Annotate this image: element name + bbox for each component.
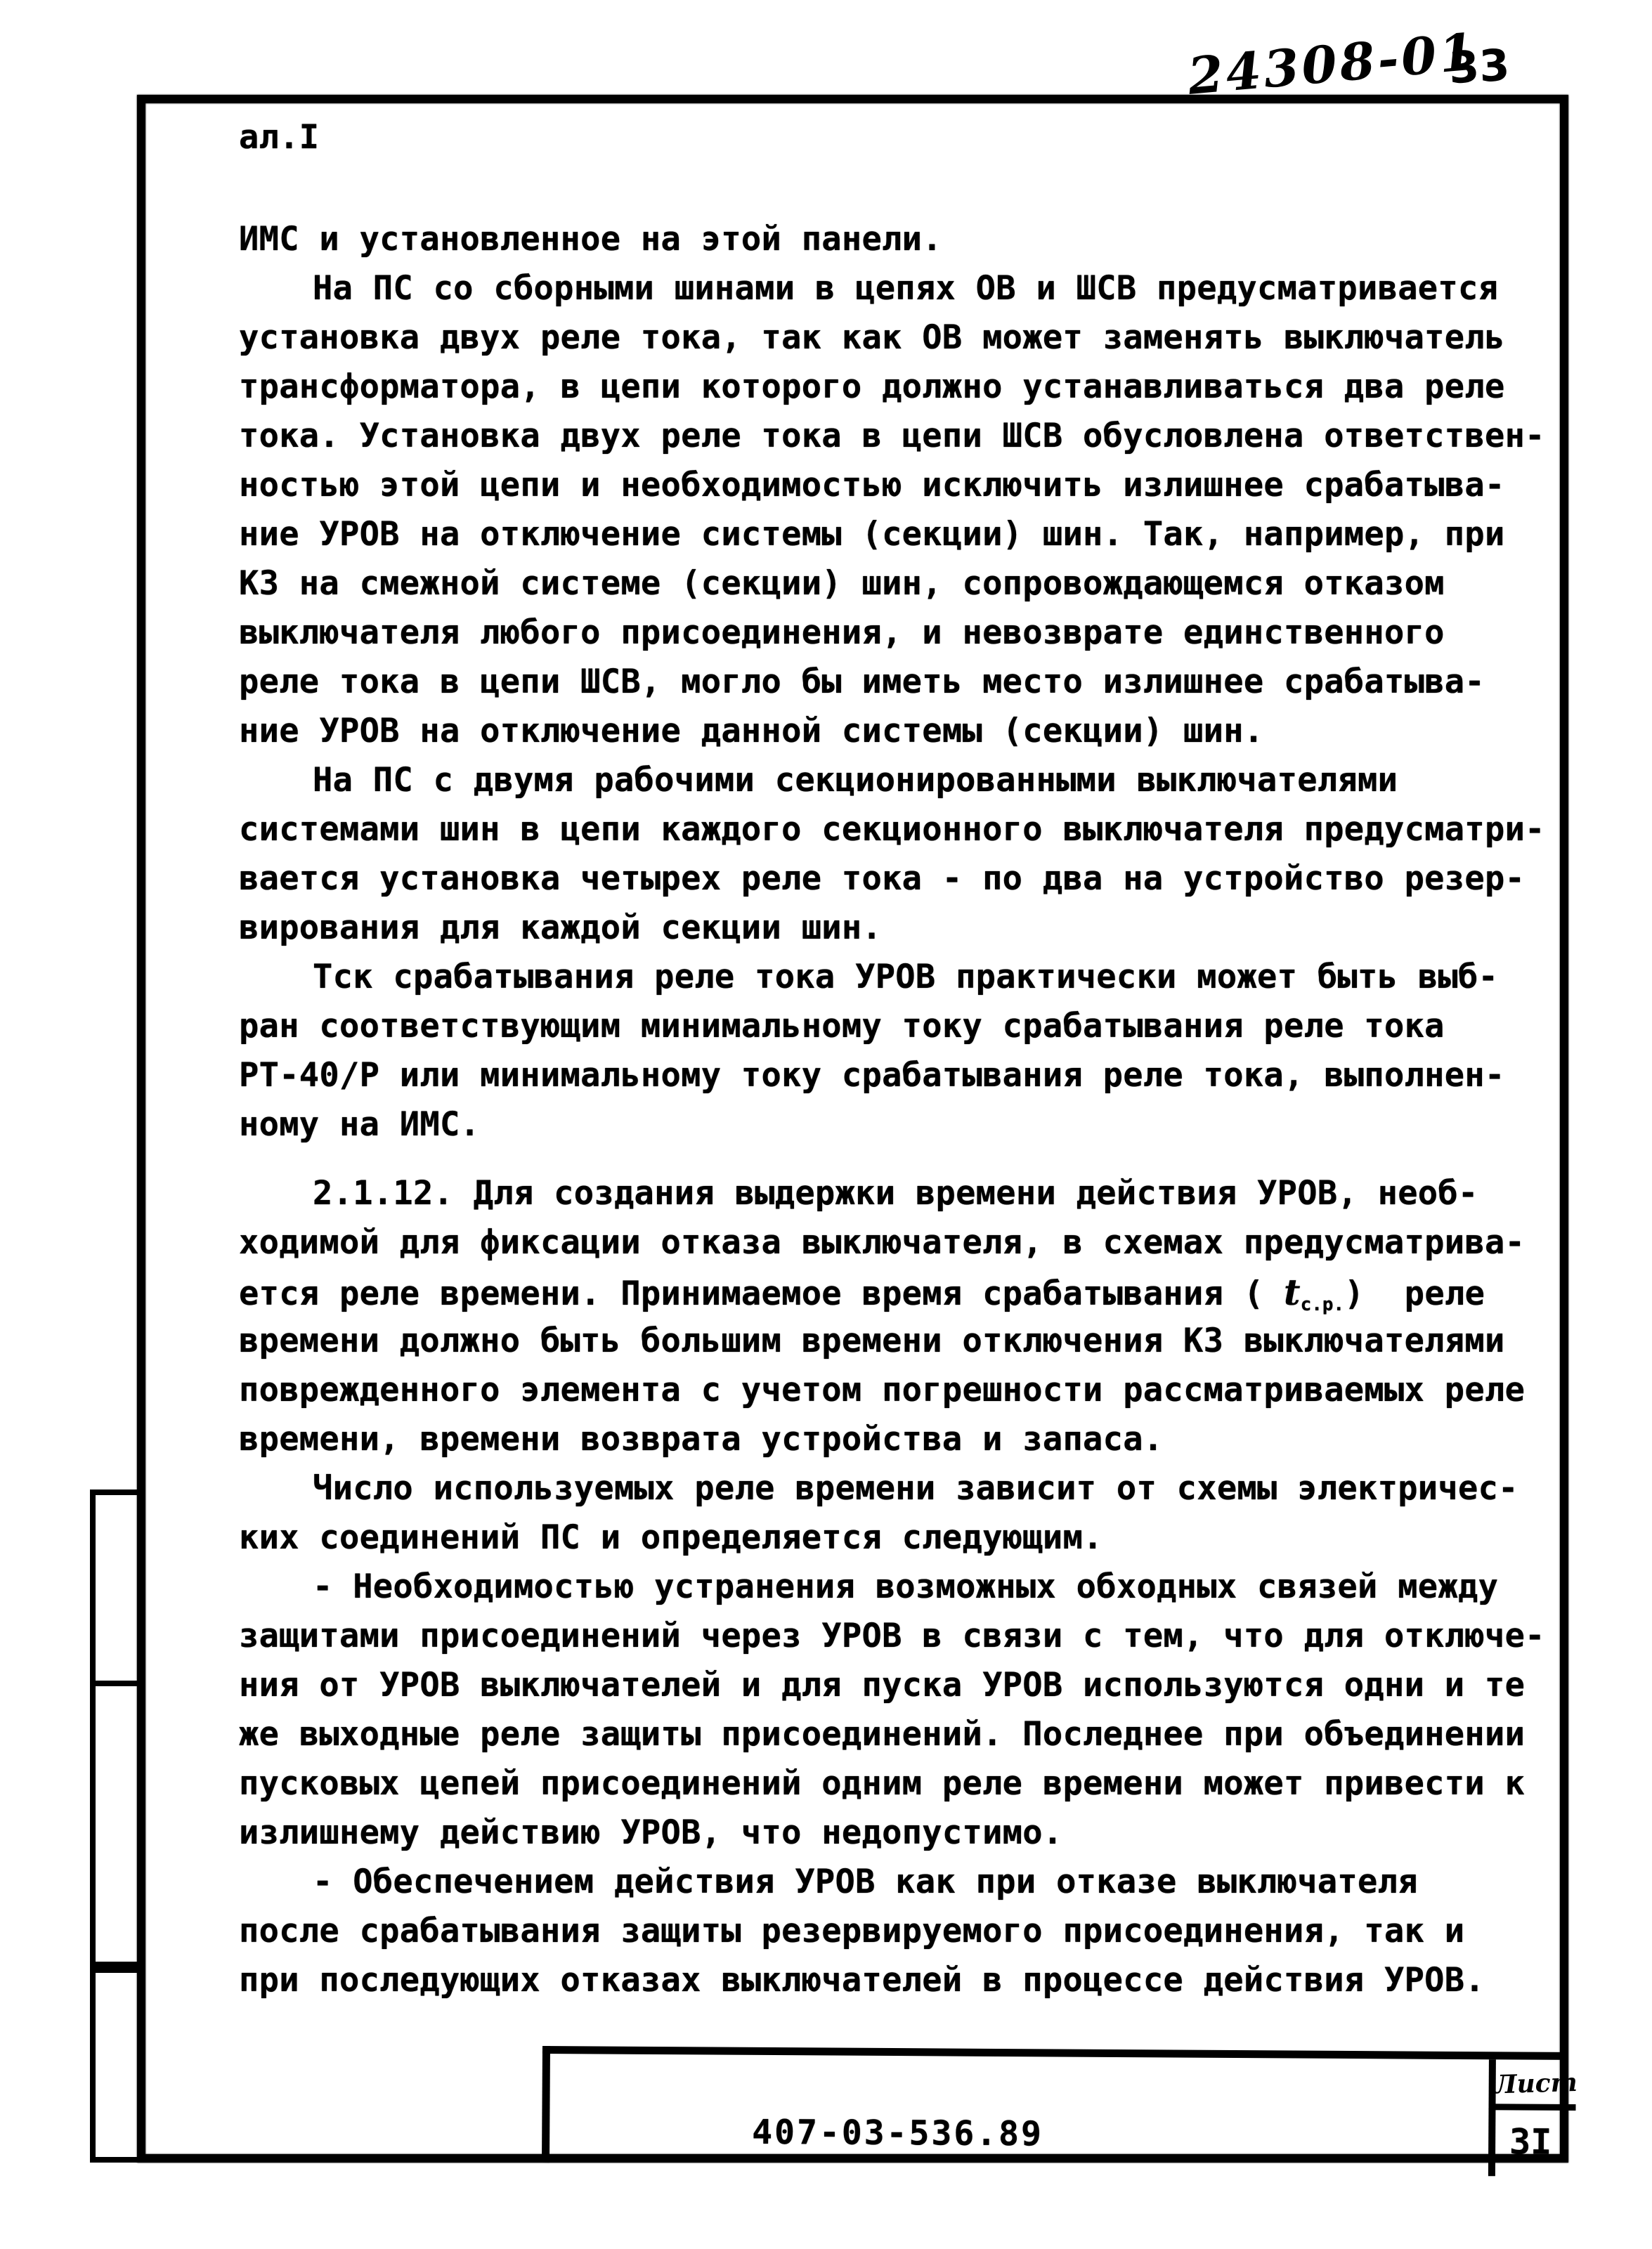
text-line: ностью этой цепи и необходимостью исключ… — [239, 461, 1574, 510]
text-line: ран соответствующим минимальному току ср… — [239, 1002, 1574, 1051]
text-line: поврежденного элемента с учетом погрешно… — [239, 1366, 1574, 1415]
sheet-label: Лист — [1495, 2061, 1577, 2105]
text-line: при последующих отказах выключателей в п… — [239, 1956, 1574, 2005]
text-line: - Необходимостью устранения возможных об… — [239, 1563, 1574, 1612]
text-line: ется реле времени. Принимаемое время сра… — [239, 1267, 1574, 1317]
handwritten-doc-code: 24308-01 — [1185, 21, 1479, 106]
text-line: защитами присоединений через УРОВ в связ… — [239, 1612, 1574, 1661]
text-line: времени должно быть большим времени откл… — [239, 1317, 1574, 1366]
text-body: ИМС и установленное на этой панели.На ПС… — [239, 215, 1574, 2005]
text-line: трансформатора, в цепи которого должно у… — [239, 363, 1574, 412]
text-line: излишнему действию УРОВ, что недопустимо… — [239, 1808, 1574, 1858]
scanned-document-page: 24308-01 33 ал.I ИМС и установленное на … — [0, 0, 1652, 2249]
text-line: ние УРОВ на отключение системы (секции) … — [239, 510, 1574, 559]
text-line: выключателя любого присоединения, и нево… — [239, 608, 1574, 658]
text-line: 2.1.12. Для создания выдержки времени де… — [239, 1169, 1574, 1218]
text-line: КЗ на смежной системе (секции) шин, сопр… — [239, 559, 1574, 608]
left-margin-box-3 — [90, 1967, 141, 2163]
left-margin-box-1 — [90, 1489, 141, 1686]
text-line: системами шин в цепи каждого секционного… — [239, 805, 1574, 854]
text-line: ких соединений ПС и определяется следующ… — [239, 1513, 1574, 1563]
text-line: вается установка четырех реле тока - по … — [239, 854, 1574, 904]
margin-label: ал.I — [239, 118, 319, 157]
left-margin-box-2 — [90, 1686, 141, 1967]
text-line: - Обеспечением действия УРОВ как при отк… — [239, 1858, 1574, 1907]
text-line: На ПС с двумя рабочими секционированными… — [239, 756, 1574, 805]
text-line: же выходные реле защиты присоединений. П… — [239, 1710, 1574, 1759]
text-line: ному на ИМС. — [239, 1100, 1574, 1149]
text-line: тока. Установка двух реле тока в цепи ШС… — [239, 412, 1574, 461]
text-line: Число используемых реле времени зависит … — [239, 1464, 1574, 1513]
text-line: вирования для каждой секции шин. — [239, 904, 1574, 953]
text-line: ние УРОВ на отключение данной системы (с… — [239, 707, 1574, 756]
sheet-number: 3I — [1495, 2110, 1566, 2174]
text-line: РТ-40/Р или минимальному току срабатыван… — [239, 1051, 1574, 1100]
text-line: Тск срабатывания реле тока УРОВ практиче… — [239, 953, 1574, 1002]
text-line: после срабатывания защиты резервируемого… — [239, 1907, 1574, 1956]
text-line: ния от УРОВ выключателей и для пуска УРО… — [239, 1661, 1574, 1710]
text-line: ходимой для фиксации отказа выключателя,… — [239, 1218, 1574, 1267]
text-line: На ПС со сборными шинами в цепях ОВ и ШС… — [239, 264, 1574, 313]
text-line: реле тока в цепи ШСВ, могло бы иметь мес… — [239, 658, 1574, 707]
document-number: 407-03-536.89 — [752, 2113, 1043, 2154]
text-line: ИМС и установленное на этой панели. — [239, 215, 1574, 264]
text-line: пусковых цепей присоединений одним реле … — [239, 1759, 1574, 1808]
text-line: установка двух реле тока, так как ОВ мож… — [239, 313, 1574, 363]
text-line: времени, времени возврата устройства и з… — [239, 1415, 1574, 1464]
handwritten-page-number: 33 — [1448, 39, 1511, 93]
title-block: 407-03-536.89 Лист 3I — [542, 2046, 1568, 2169]
